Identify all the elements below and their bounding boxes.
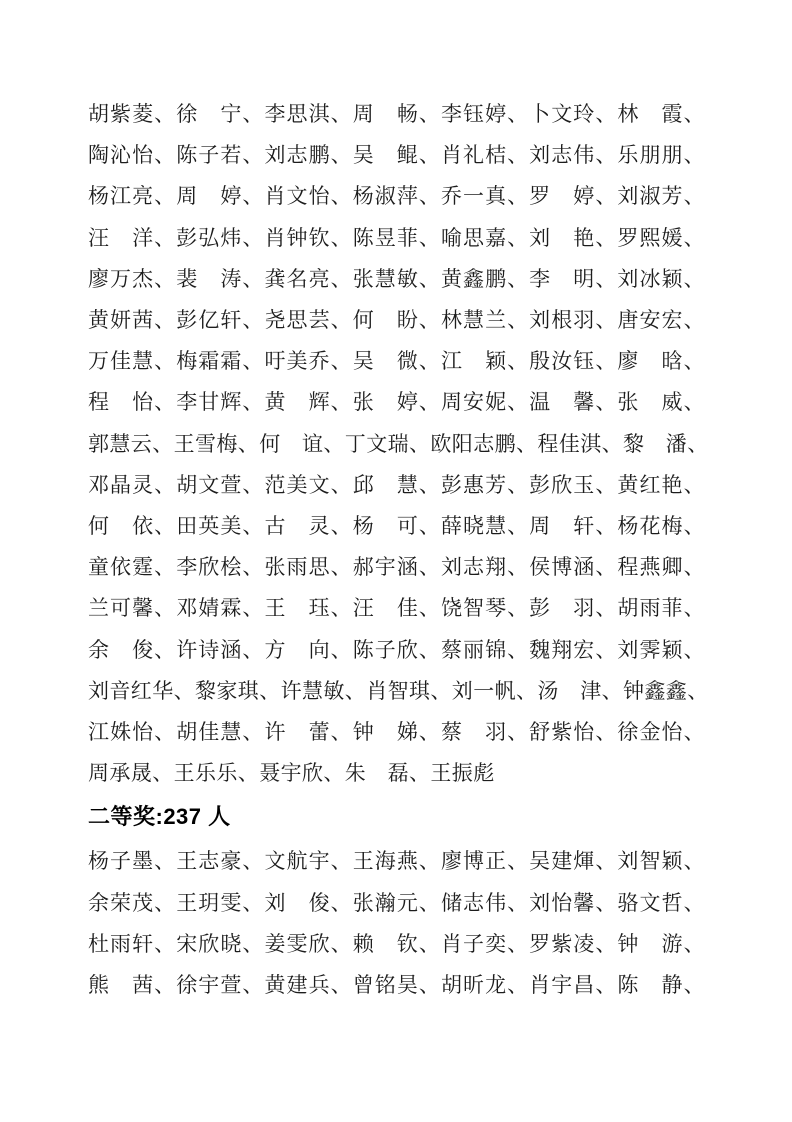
name-list-line: 程 怡、李甘辉、黄 辉、张 婷、周安妮、温 馨、张 威、 — [88, 382, 705, 423]
name-list-line: 胡紫菱、徐 宁、李思淇、周 畅、李钰婷、卜文玲、林 霞、 — [88, 94, 705, 135]
second-prize-heading: 二等奖:237 人 — [88, 802, 705, 832]
name-list-line: 郭慧云、王雪梅、何 谊、丁文瑞、欧阳志鹏、程佳淇、黎 潘、 — [88, 424, 705, 465]
name-list-line: 黄妍茜、彭亿轩、尧思芸、何 盼、林慧兰、刘根羽、唐安宏、 — [88, 300, 705, 341]
name-list-line: 江姝怡、胡佳慧、许 蕾、钟 娣、蔡 羽、舒紫怡、徐金怡、 — [88, 712, 705, 753]
second-prize-name-list: 杨子墨、王志豪、文航宇、王海燕、廖博正、吴建煇、刘智颖、余荣茂、王玥雯、刘 俊、… — [88, 841, 705, 1006]
name-list-line: 刘音红华、黎家琪、许慧敏、肖智琪、刘一帆、汤 津、钟鑫鑫、 — [88, 671, 705, 712]
name-list-line: 廖万杰、裴 涛、龚名亮、张慧敏、黄鑫鹏、李 明、刘冰颖、 — [88, 259, 705, 300]
name-list-line: 熊 茜、徐宇萱、黄建兵、曾铭昊、胡昕龙、肖宇昌、陈 静、 — [88, 965, 705, 1006]
name-list-line: 邓晶灵、胡文萱、范美文、邱 慧、彭惠芳、彭欣玉、黄红艳、 — [88, 465, 705, 506]
name-list-line: 杜雨轩、宋欣晓、姜雯欣、赖 钦、肖子奕、罗紫凌、钟 游、 — [88, 924, 705, 965]
name-list-line: 兰可馨、邓婧霖、王 珏、汪 佳、饶智琴、彭 羽、胡雨菲、 — [88, 588, 705, 629]
name-list-line: 周承晟、王乐乐、聂宇欣、朱 磊、王振彪 — [88, 753, 705, 794]
name-list-line: 万佳慧、梅霜霜、吁美乔、吴 微、江 颖、殷汝钰、廖 晗、 — [88, 341, 705, 382]
document-page: 胡紫菱、徐 宁、李思淇、周 畅、李钰婷、卜文玲、林 霞、陶沁怡、陈子若、刘志鹏、… — [0, 0, 792, 1122]
name-list-line: 杨江亮、周 婷、肖文怡、杨淑萍、乔一真、罗 婷、刘淑芳、 — [88, 176, 705, 217]
name-list-line: 汪 洋、彭弘炜、肖钟钦、陈昱菲、喻思嘉、刘 艳、罗熙媛、 — [88, 218, 705, 259]
name-list-line: 杨子墨、王志豪、文航宇、王海燕、廖博正、吴建煇、刘智颖、 — [88, 841, 705, 882]
name-list-line: 余荣茂、王玥雯、刘 俊、张瀚元、储志伟、刘怡馨、骆文哲、 — [88, 883, 705, 924]
document-content: 胡紫菱、徐 宁、李思淇、周 畅、李钰婷、卜文玲、林 霞、陶沁怡、陈子若、刘志鹏、… — [88, 94, 705, 1006]
first-prize-name-list: 胡紫菱、徐 宁、李思淇、周 畅、李钰婷、卜文玲、林 霞、陶沁怡、陈子若、刘志鹏、… — [88, 94, 705, 794]
name-list-line: 余 俊、许诗涵、方 向、陈子欣、蔡丽锦、魏翔宏、刘霁颖、 — [88, 630, 705, 671]
name-list-line: 何 依、田英美、古 灵、杨 可、薛晓慧、周 轩、杨花梅、 — [88, 506, 705, 547]
name-list-line: 陶沁怡、陈子若、刘志鹏、吴 鲲、肖礼桔、刘志伟、乐朋朋、 — [88, 135, 705, 176]
name-list-line: 童依霆、李欣桧、张雨思、郝宇涵、刘志翔、侯博涵、程燕卿、 — [88, 547, 705, 588]
